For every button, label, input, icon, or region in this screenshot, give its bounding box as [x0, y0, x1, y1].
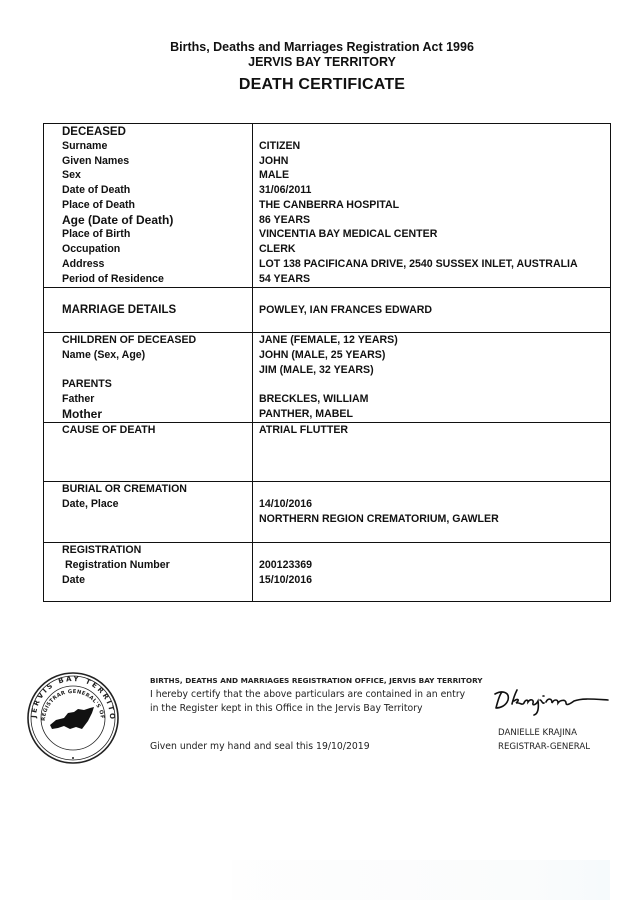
registrar-signature-icon: [492, 686, 612, 716]
father-label: Father: [62, 392, 94, 407]
cause-section: CAUSE OF DEATH ATRIAL FLUTTER: [44, 422, 610, 481]
child-entry: JIM (MALE, 32 YEARS): [259, 363, 374, 378]
mother-value: PANTHER, MABEL: [259, 407, 353, 422]
column-divider: [252, 482, 253, 542]
field-value: 54 YEARS: [259, 272, 310, 287]
field-label: Place of Death: [62, 198, 135, 213]
office-name: BIRTHS, DEATHS AND MARRIAGES REGISTRATIO…: [150, 676, 483, 685]
registration-heading: REGISTRATION: [62, 543, 141, 558]
registration-section: REGISTRATION Registration Number 2001233…: [44, 542, 610, 601]
parents-heading: PARENTS: [62, 377, 112, 392]
field-value: LOT 138 PACIFICANA DRIVE, 2540 SUSSEX IN…: [259, 257, 578, 272]
field-value: CLERK: [259, 242, 296, 257]
registration-number: 200123369: [259, 558, 312, 573]
field-label: Age (Date of Death): [62, 213, 173, 228]
column-divider: [252, 543, 253, 601]
field-label: Occupation: [62, 242, 120, 257]
burial-heading: BURIAL OR CREMATION: [62, 482, 187, 497]
marriage-label: MARRIAGE DETAILS: [62, 303, 176, 318]
act-heading: Births, Deaths and Marriages Registratio…: [0, 40, 644, 54]
registrar-name: DANIELLE KRAJINA: [498, 728, 577, 738]
father-value: BRECKLES, WILLIAM: [259, 392, 368, 407]
territory-heading: JERVIS BAY TERRITORY: [0, 55, 644, 69]
certificate-table: DECEASED Surname CITIZEN Given Names JOH…: [43, 123, 611, 602]
registrar-title: REGISTRAR-GENERAL: [498, 742, 590, 752]
family-section: CHILDREN OF DECEASED Name (Sex, Age) JAN…: [44, 332, 610, 422]
faint-watermark: [232, 860, 610, 900]
certify-line-1: I hereby certify that the above particul…: [150, 689, 465, 700]
children-sublabel: Name (Sex, Age): [62, 348, 145, 363]
field-value: CITIZEN: [259, 139, 300, 154]
certificate-title: DEATH CERTIFICATE: [0, 76, 644, 94]
column-divider: [252, 423, 253, 481]
registration-number-label: Registration Number: [65, 558, 170, 573]
field-value: 31/06/2011: [259, 183, 311, 198]
registration-date-label: Date: [62, 573, 85, 588]
burial-date: 14/10/2016: [259, 497, 312, 512]
deceased-heading: DECEASED: [62, 125, 126, 140]
field-value: 86 YEARS: [259, 213, 310, 228]
field-label: Given Names: [62, 154, 129, 169]
field-label: Sex: [62, 168, 81, 183]
burial-sublabel: Date, Place: [62, 497, 119, 512]
children-heading: CHILDREN OF DECEASED: [62, 333, 196, 348]
burial-section: BURIAL OR CREMATION Date, Place 14/10/20…: [44, 481, 610, 542]
field-label: Surname: [62, 139, 107, 154]
cause-value: ATRIAL FLUTTER: [259, 423, 348, 438]
child-entry: JANE (FEMALE, 12 YEARS): [259, 333, 398, 348]
field-label: Date of Death: [62, 183, 130, 198]
field-label: Place of Birth: [62, 227, 130, 242]
field-value: VINCENTIA BAY MEDICAL CENTER: [259, 227, 437, 242]
official-seal-icon: JERVIS BAY TERRITORY REGISTRAR GENERAL'S…: [26, 671, 120, 765]
field-value: THE CANBERRA HOSPITAL: [259, 198, 399, 213]
mother-label: Mother: [62, 407, 102, 422]
child-entry: JOHN (MALE, 25 YEARS): [259, 348, 385, 363]
marriage-section: MARRIAGE DETAILS POWLEY, IAN FRANCES EDW…: [44, 287, 610, 332]
column-divider: [252, 333, 253, 422]
given-under-seal: Given under my hand and seal this 19/10/…: [150, 741, 370, 752]
field-value: MALE: [259, 168, 289, 183]
field-label: Period of Residence: [62, 272, 164, 287]
field-label: Address: [62, 257, 104, 272]
field-value: JOHN: [259, 154, 288, 169]
column-divider: [252, 124, 253, 287]
cause-label: CAUSE OF DEATH: [62, 423, 155, 438]
deceased-section: DECEASED Surname CITIZEN Given Names JOH…: [44, 124, 610, 287]
burial-place: NORTHERN REGION CREMATORIUM, GAWLER: [259, 512, 499, 527]
registration-date: 15/10/2016: [259, 573, 312, 588]
certify-line-2: in the Register kept in this Office in t…: [150, 703, 422, 714]
column-divider: [252, 288, 253, 332]
marriage-value: POWLEY, IAN FRANCES EDWARD: [259, 303, 432, 318]
